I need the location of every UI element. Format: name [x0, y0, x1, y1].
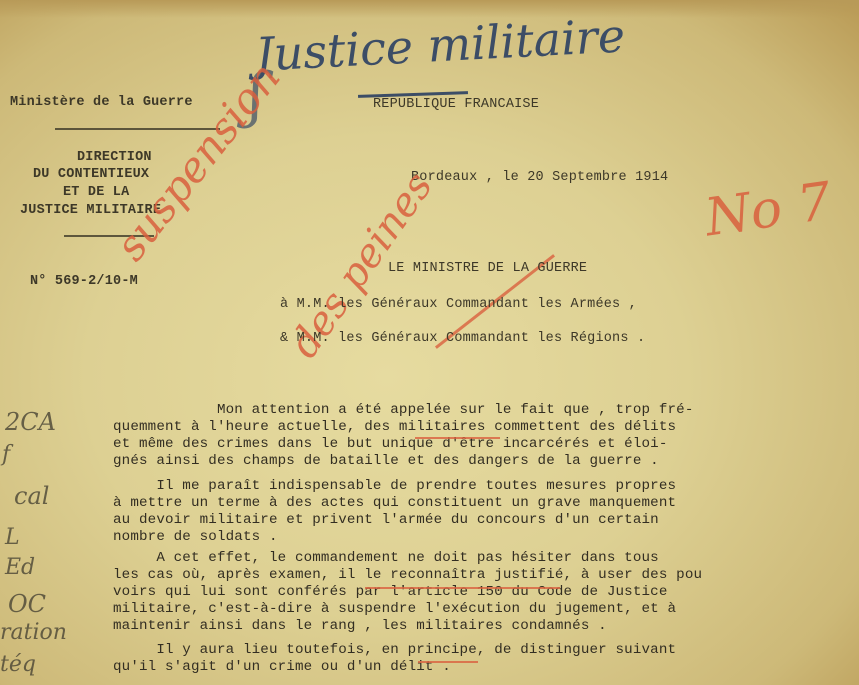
- margin-note-5: Ed: [5, 555, 35, 580]
- body-line-5: Il me paraît indispensable de prendre to…: [113, 478, 676, 494]
- margin-note-8: téq: [0, 652, 36, 677]
- margin-note-1: 2CA: [5, 408, 56, 436]
- republic-heading: REPUBLIQUE FRANCAISE: [373, 97, 539, 112]
- body-line-2: quemment à l'heure actuelle, des militai…: [113, 419, 676, 435]
- margin-note-3: cal: [14, 482, 49, 510]
- ministry-name: Ministère de la Guerre: [10, 95, 193, 110]
- handwritten-title: Justice militaire: [254, 8, 626, 81]
- direction-line-1: DIRECTION: [77, 150, 152, 165]
- body-line-3: et même des crimes dans le but unique d'…: [113, 436, 668, 452]
- reference-number: N° 569-2/10-M: [30, 274, 138, 289]
- scanned-letter: Justice militaire ʃ Ministère de la Guer…: [0, 0, 859, 685]
- direction-line-3: ET DE LA: [63, 185, 129, 200]
- body-line-8: nombre de soldats .: [113, 529, 278, 545]
- direction-line-2: DU CONTENTIEUX: [33, 167, 149, 182]
- body-line-15: qu'il s'agit d'un crime ou d'un délit .: [113, 659, 451, 675]
- body-line-1: Mon attention a été appelée sur le fait …: [113, 402, 693, 418]
- recipient-regions: & M.M. les Généraux Commandant les Régio…: [280, 331, 645, 346]
- place-date: Bordeaux , le 20 Septembre 1914: [411, 170, 668, 185]
- body-line-10: les cas où, après examen, il le reconnaî…: [113, 567, 702, 583]
- underline-militaires: [415, 437, 500, 439]
- margin-note-7: ration: [0, 620, 67, 645]
- recipient-armies: à M.M. les Généraux Commandant les Armée…: [280, 297, 637, 312]
- margin-note-2: f: [2, 442, 10, 467]
- margin-note-6: OC: [8, 590, 46, 618]
- body-line-14: Il y aura lieu toutefois, en principe, d…: [113, 642, 676, 658]
- body-line-6: à mettre un terme à des actes qui consti…: [113, 495, 676, 511]
- underline-principe: [418, 661, 478, 663]
- page-edge-shadow: [0, 0, 859, 18]
- document-number-annotation: No 7: [701, 171, 835, 248]
- margin-note-4: L: [5, 525, 20, 550]
- body-line-9: A cet effet, le commandement ne doit pas…: [113, 550, 659, 566]
- body-line-4: gnés ainsi des champs de bataille et des…: [113, 453, 659, 469]
- body-line-7: au devoir militaire et privent l'armée d…: [113, 512, 659, 528]
- sender-title: LE MINISTRE DE LA GUERRE: [388, 261, 587, 276]
- body-line-13: maintenir ainsi dans le rang , les milit…: [113, 618, 607, 634]
- underline-justifie: [365, 587, 560, 589]
- body-line-12: militaire, c'est-à-dire à suspendre l'ex…: [113, 601, 676, 617]
